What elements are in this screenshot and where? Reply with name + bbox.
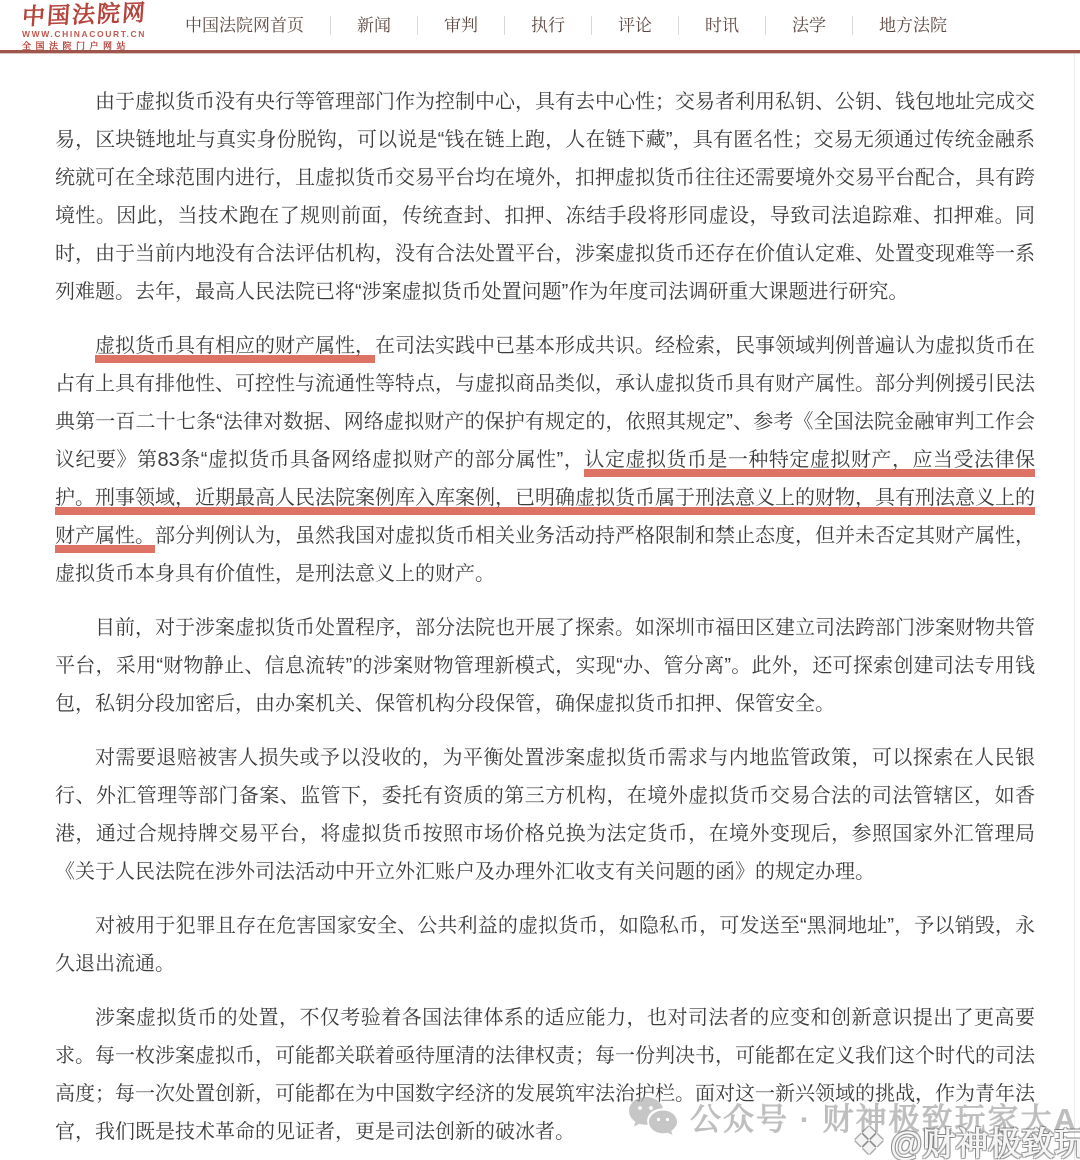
site-logo-url: WWW.CHINACOURT.CN [22,30,172,39]
paragraph-text: 对需要退赔被害人损失或予以没收的，为平衡处置涉案虚拟货币需求与内地监管政策，可以… [55,747,1035,883]
paragraph-1: 由于虚拟货币没有央行等管理部门作为控制中心，具有去中心性；交易者利用私钥、公钥、… [55,83,1035,311]
paragraph-3: 目前，对于涉案虚拟货币处置程序，部分法院也开展了探索。如深圳市福田区建立司法跨部… [55,609,1035,723]
paragraph-text: 由于虚拟货币没有央行等管理部门作为控制中心，具有去中心性；交易者利用私钥、公钥、… [55,91,1035,303]
article-body: 由于虚拟货币没有央行等管理部门作为控制中心，具有去中心性；交易者利用私钥、公钥、… [0,53,1080,1151]
paragraph-4: 对需要退赔被害人损失或予以没收的，为平衡处置涉案虚拟货币需求与内地监管政策，可以… [55,739,1035,891]
paragraph-text: 部分判例认为，虽然我国对虚拟货币相关业务活动持严格限制和禁止态度，但并未否定其财… [55,525,1035,585]
nav-item-home[interactable]: 中国法院网首页 [185,16,330,35]
red-underlined-text: 虚拟货币具有相应的财产属性， [95,335,375,363]
nav-item-enforcement[interactable]: 执行 [504,16,591,35]
main-nav: 中国法院网首页 新闻 审判 执行 评论 时讯 法学 地方法院 [185,0,973,50]
site-logo[interactable]: 中国法院网 WWW.CHINACOURT.CN 全国法院门户网站 [22,3,172,51]
nav-item-legal-studies[interactable]: 法学 [765,16,852,35]
nav-item-commentary[interactable]: 评论 [591,16,678,35]
site-header: 中国法院网 WWW.CHINACOURT.CN 全国法院门户网站 中国法院网首页… [0,0,1080,50]
paragraph-text: 涉案虚拟货币的处置，不仅考验着各国法律体系的适应能力，也对司法者的应变和创新意识… [55,1007,1035,1143]
paragraph-5: 对被用于犯罪且存在危害国家安全、公共利益的虚拟货币，如隐私币，可发送至“黑洞地址… [55,907,1035,983]
page-right-border [1074,54,1075,1160]
paragraph-6: 涉案虚拟货币的处置，不仅考验着各国法律体系的适应能力，也对司法者的应变和创新意识… [55,999,1035,1151]
paragraph-2: 虚拟货币具有相应的财产属性，在司法实践中已基本形成共识。经检索，民事领域判例普遍… [55,327,1035,593]
paragraph-text: 目前，对于涉案虚拟货币处置程序，部分法院也开展了探索。如深圳市福田区建立司法跨部… [55,617,1035,715]
site-logo-subtitle: 全国法院门户网站 [22,42,172,51]
page: 中国法院网 WWW.CHINACOURT.CN 全国法院门户网站 中国法院网首页… [0,0,1080,1160]
nav-item-bulletin[interactable]: 时讯 [678,16,765,35]
site-logo-title: 中国法院网 [21,0,173,28]
nav-item-local-courts[interactable]: 地方法院 [852,16,973,35]
paragraph-text: 对被用于犯罪且存在危害国家安全、公共利益的虚拟货币，如隐私币，可发送至“黑洞地址… [55,915,1035,975]
nav-item-trial[interactable]: 审判 [417,16,504,35]
nav-item-news[interactable]: 新闻 [330,16,417,35]
